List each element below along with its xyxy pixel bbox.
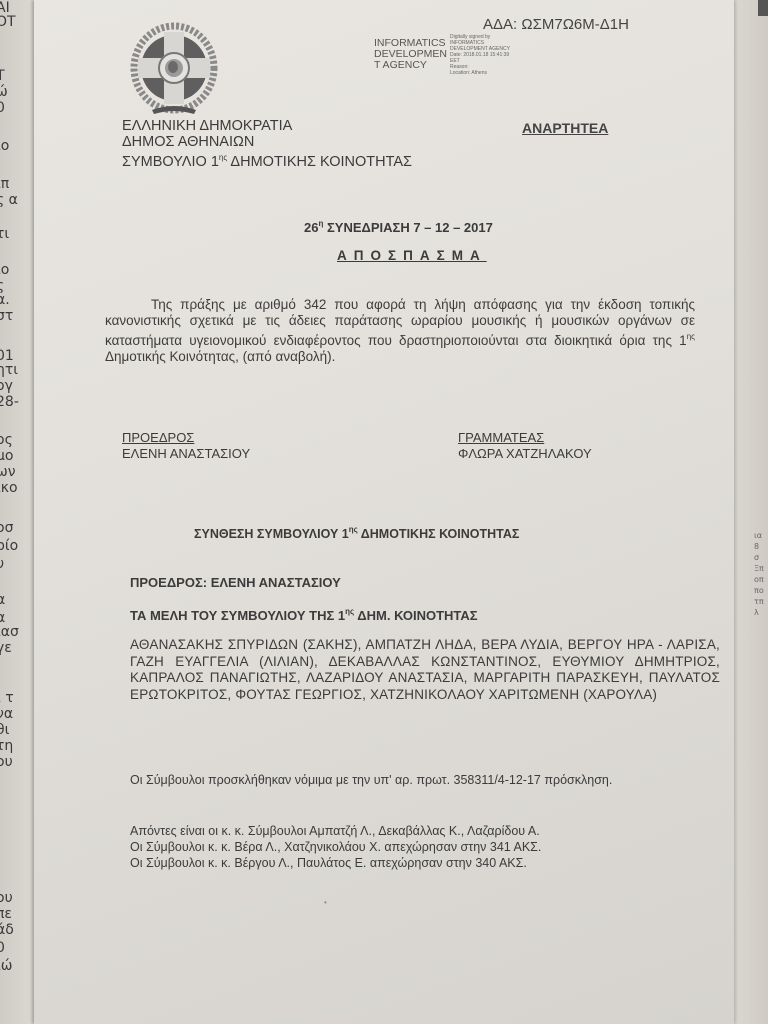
superscript: ης bbox=[219, 153, 227, 162]
sig-detail: Location: Athens bbox=[450, 70, 510, 76]
underlying-text-fragment: πε bbox=[0, 906, 12, 922]
invitation-note: Οι Σύμβουλοι προσκλήθηκαν νόμιμα με την … bbox=[130, 772, 650, 788]
underlying-text-fragment: τη bbox=[0, 738, 13, 754]
digital-signature-details: Digitally signed by INFORMATICS DEVELOPM… bbox=[450, 34, 510, 76]
underlying-text-fragment: ς α bbox=[0, 192, 18, 208]
underlying-text-fragment: ικο bbox=[0, 480, 18, 496]
extract-title: ΑΠΟΣΠΑΣΜΑ bbox=[337, 248, 487, 263]
secretary-signature-block: ΓΡΑΜΜΑΤΕΑΣ ΦΛΩΡΑ ΧΑΤΖΗΛΑΚΟΥ bbox=[458, 430, 592, 462]
underlying-text-fragment: ιπ bbox=[0, 176, 9, 192]
underlying-text-fragment: ιο bbox=[0, 262, 9, 278]
underlying-text-fragment: ος bbox=[0, 432, 13, 448]
superscript: ης bbox=[687, 332, 695, 341]
president-signature-block: ΠΡΟΕΔΡΟΣ ΕΛΕΝΗ ΑΝΑΣΤΑΣΙΟΥ bbox=[122, 430, 250, 462]
underlying-text-fragment: ι τ bbox=[0, 690, 14, 706]
underlying-text-fragment: ιώ bbox=[0, 958, 12, 974]
absence-line: Απόντες είναι οι κ. κ. Σύμβουλοι Αμπατζή… bbox=[130, 823, 541, 839]
underlying-text-fragment: ιο bbox=[0, 138, 9, 154]
underlying-text-fragment: ογ bbox=[0, 378, 13, 394]
underlying-text-fragment: μο bbox=[0, 448, 13, 464]
digital-signature-org: INFORMATICS DEVELOPMEN T AGENCY bbox=[374, 38, 447, 71]
underlying-text-fragment: α. bbox=[0, 292, 10, 308]
underlying-text-fragment: 0 bbox=[0, 100, 5, 116]
text: ΔΗΜΟΤΙΚΗΣ ΚΟΙΝΟΤΗΤΑΣ bbox=[358, 527, 520, 541]
members-list: ΑΘΑΝΑΣΑΚΗΣ ΣΠΥΡΙΔΩΝ (ΣΑΚΗΣ), ΑΜΠΑΤΖΗ ΛΗΔ… bbox=[130, 637, 720, 703]
underlying-text-fragment: ΟΤ bbox=[0, 14, 16, 30]
underlying-text-fragment: Τ bbox=[0, 68, 5, 84]
underlying-text-fragment: 0 bbox=[0, 940, 5, 956]
underlying-text-fragment: στ bbox=[0, 308, 13, 324]
secretary-title: ΓΡΑΜΜΑΤΕΑΣ bbox=[458, 430, 592, 446]
header-line-republic: ΕΛΛΗΝΙΚΗ ΔΗΜΟΚΡΑΤΙΑ bbox=[122, 118, 412, 134]
underlying-text-fragment: οσ bbox=[0, 520, 13, 536]
composition-title: ΣΥΝΘΕΣΗ ΣΥΜΒΟΥΛΙΟΥ 1ης ΔΗΜΟΤΙΚΗΣ ΚΟΙΝΟΤΗ… bbox=[194, 525, 519, 541]
absence-line: Οι Σύμβουλοι κ. κ. Βέρα Λ., Χατζηνικολάο… bbox=[130, 839, 541, 855]
posted-label: ΑΝΑΡΤΗΤΕΑ bbox=[522, 120, 608, 136]
underlying-text-fragment: α bbox=[0, 592, 5, 608]
underlying-text-fragment: ων bbox=[0, 464, 16, 480]
underlying-text-fragment: 28- bbox=[0, 394, 19, 410]
header-line-council: ΣΥΜΒΟΥΛΙΟ 1ης ΔΗΜΟΤΙΚΗΣ ΚΟΙΝΟΤΗΤΑΣ bbox=[122, 150, 412, 170]
issuer-header: ΕΛΛΗΝΙΚΗ ΔΗΜΟΚΡΑΤΙΑ ΔΗΜΟΣ ΑΘΗΝΑΙΩΝ ΣΥΜΒΟ… bbox=[122, 118, 412, 170]
text: ΔΗΜΟΤΙΚΗΣ ΚΟΙΝΟΤΗΤΑΣ bbox=[227, 154, 412, 170]
underlying-text-fragment: ρίο bbox=[0, 538, 18, 554]
underlying-text-fragment: γε bbox=[0, 640, 12, 656]
right-page-text-fragments: ια8σΞποπποτπλ bbox=[754, 530, 764, 618]
header-line-municipality: ΔΗΜΟΣ ΑΘΗΝΑΙΩΝ bbox=[122, 134, 412, 150]
underlying-text-fragment: ώ bbox=[0, 84, 8, 100]
underlying-text-fragment: άδ bbox=[0, 922, 14, 938]
text: ΣΥΜΒΟΥΛΙΟ 1 bbox=[122, 154, 219, 170]
text: ΔΗΜ. ΚΟΙΝΟΤΗΤΑΣ bbox=[354, 608, 477, 623]
underlying-text-fragment: θι bbox=[0, 722, 9, 738]
document-page: ΑΔΑ: ΩΣΜ7Ω6Μ-Δ1Η INFORMATICS DEVELOPMEN … bbox=[34, 0, 734, 1024]
dark-corner bbox=[758, 0, 768, 16]
superscript: ης bbox=[345, 607, 354, 616]
scan-speck: • bbox=[324, 898, 327, 907]
coat-of-arms-icon bbox=[126, 22, 222, 120]
text: ΣΥΝΘΕΣΗ ΣΥΜΒΟΥΛΙΟΥ 1 bbox=[194, 527, 349, 541]
absence-line: Οι Σύμβουλοι κ. κ. Βέργου Λ., Παυλάτος Ε… bbox=[130, 855, 541, 871]
underlying-page-right: ια8σΞποπποτπλ bbox=[728, 0, 768, 1024]
underlying-text-fragment: τι bbox=[0, 226, 9, 242]
superscript: ης bbox=[349, 525, 358, 534]
text: ΣΥΝΕΔΡΙΑΣΗ 7 – 12 – 2017 bbox=[323, 220, 492, 235]
underlying-text-fragment: υ bbox=[0, 556, 4, 572]
absence-notes: Απόντες είναι οι κ. κ. Σύμβουλοι Αμπατζή… bbox=[130, 823, 541, 871]
members-title: ΤΑ ΜΕΛΗ ΤΟΥ ΣΥΜΒΟΥΛΙΟΥ ΤΗΣ 1ης ΔΗΜ. ΚΟΙΝ… bbox=[130, 607, 478, 623]
decision-paragraph: Της πράξης με αριθμό 342 που αφορά τη λή… bbox=[105, 297, 695, 365]
composition-president: ΠΡΟΕΔΡΟΣ: ΕΛΕΝΗ ΑΝΑΣΤΑΣΙΟΥ bbox=[130, 575, 341, 590]
text: ΤΑ ΜΕΛΗ ΤΟΥ ΣΥΜΒΟΥΛΙΟΥ ΤΗΣ 1 bbox=[130, 608, 345, 623]
president-title: ΠΡΟΕΔΡΟΣ bbox=[122, 430, 250, 446]
underlying-text-fragment: ου bbox=[0, 890, 13, 906]
secretary-name: ΦΛΩΡΑ ΧΑΤΖΗΛΑΚΟΥ bbox=[458, 446, 592, 462]
text: Δημοτικής Κοινότητας, (από αναβολή). bbox=[105, 349, 335, 364]
president-name: ΕΛΕΝΗ ΑΝΑΣΤΑΣΙΟΥ bbox=[122, 446, 250, 462]
sig-org-line: T AGENCY bbox=[374, 60, 447, 71]
underlying-text-fragment: ητι bbox=[0, 362, 18, 378]
underlying-text-fragment: να bbox=[0, 706, 13, 722]
session-heading: 26η ΣΥΝΕΔΡΙΑΣΗ 7 – 12 – 2017 bbox=[304, 219, 493, 235]
text: Της πράξης με αριθμό 342 που αφορά τη λή… bbox=[105, 297, 695, 348]
underlying-text-fragment: ιασ bbox=[0, 624, 19, 640]
text: 26 bbox=[304, 220, 318, 235]
ada-code: ΑΔΑ: ΩΣΜ7Ω6Μ-Δ1Η bbox=[483, 16, 629, 33]
underlying-text-fragment: ου bbox=[0, 754, 13, 770]
